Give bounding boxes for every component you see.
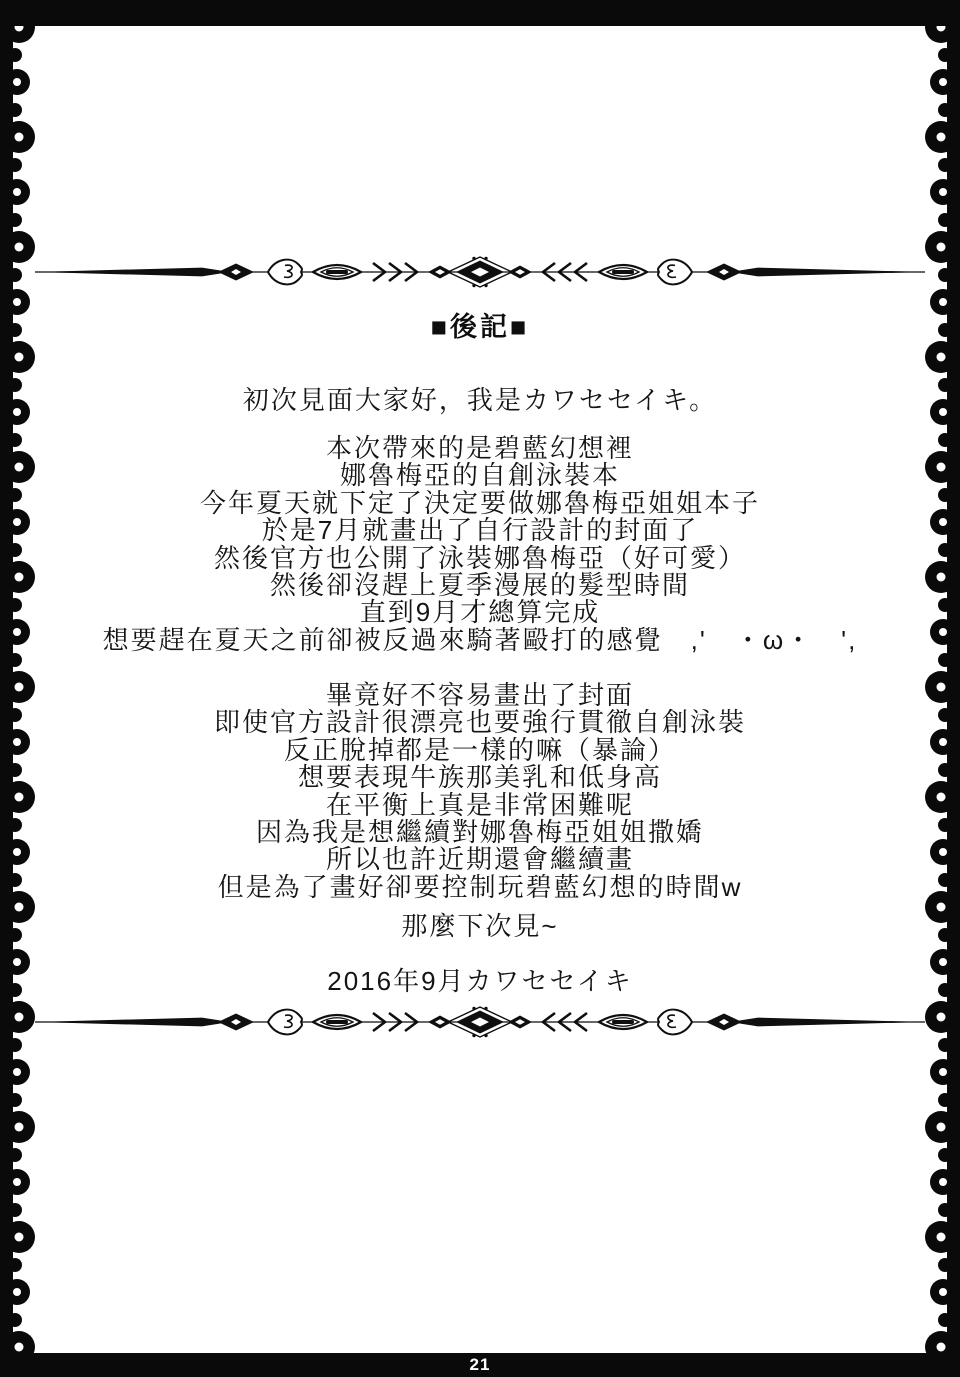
afterword-line: 即使官方設計很漂亮也要強行貫徹自創泳裝	[42, 709, 918, 736]
greeting-text: 初次見面大家好，我是カワセセイキ。	[42, 380, 918, 417]
page-number: 21	[470, 1355, 491, 1375]
afterword-line: 直到9月才總算完成	[42, 599, 918, 626]
signoff-date-text: 2016年9月カワセセイキ	[42, 961, 918, 998]
afterword-line: 因為我是想繼續對娜魯梅亞姐姐撒嬌	[42, 819, 918, 846]
afterword-title: ■後記■	[42, 305, 918, 344]
ornamental-divider-bottom-icon	[30, 1004, 930, 1040]
afterword-paragraph-1: 本次帶來的是碧藍幻想裡娜魯梅亞的自創泳裝本今年夏天就下定了決定要做娜魯梅亞姐姐本…	[42, 435, 918, 654]
afterword-line: 畢竟好不容易畫出了封面	[42, 682, 918, 709]
afterword-line: 但是為了畫好卻要控制玩碧藍幻想的時間w	[42, 874, 918, 901]
lace-border-right-icon	[918, 0, 960, 1377]
afterword-line: 反正脫掉都是一樣的嘛（暴論）	[42, 737, 918, 764]
afterword-line: 本次帶來的是碧藍幻想裡	[42, 435, 918, 462]
closing-text: 那麼下次見~	[42, 906, 918, 943]
scanned-afterword-page: ■後記■ 初次見面大家好，我是カワセセイキ。 本次帶來的是碧藍幻想裡娜魯梅亞的自…	[0, 0, 960, 1377]
lace-border-left-icon	[0, 0, 42, 1377]
afterword-line: 所以也許近期還會繼續畫	[42, 846, 918, 873]
afterword-line: 然後官方也公開了泳裝娜魯梅亞（好可愛）	[42, 545, 918, 572]
afterword-line: 今年夏天就下定了決定要做娜魯梅亞姐姐本子	[42, 490, 918, 517]
ornamental-divider-top-icon	[30, 254, 930, 290]
afterword-paragraph-2: 畢竟好不容易畫出了封面即使官方設計很漂亮也要強行貫徹自創泳裝反正脫掉都是一樣的嘛…	[42, 682, 918, 901]
afterword-line: 在平衡上真是非常困難呢	[42, 792, 918, 819]
afterword-line: 想要表現牛族那美乳和低身高	[42, 764, 918, 791]
top-border-band	[0, 0, 960, 26]
afterword-line: 想要趕在夏天之前卻被反過來騎著毆打的感覺 ,' ・ω・ ',	[42, 627, 918, 654]
afterword-line: 於是7月就畫出了自行設計的封面了	[42, 517, 918, 544]
afterword-line: 娜魯梅亞的自創泳裝本	[42, 462, 918, 489]
afterword-line: 然後卻沒趕上夏季漫展的髮型時間	[42, 572, 918, 599]
bottom-border-band: 21	[0, 1353, 960, 1377]
